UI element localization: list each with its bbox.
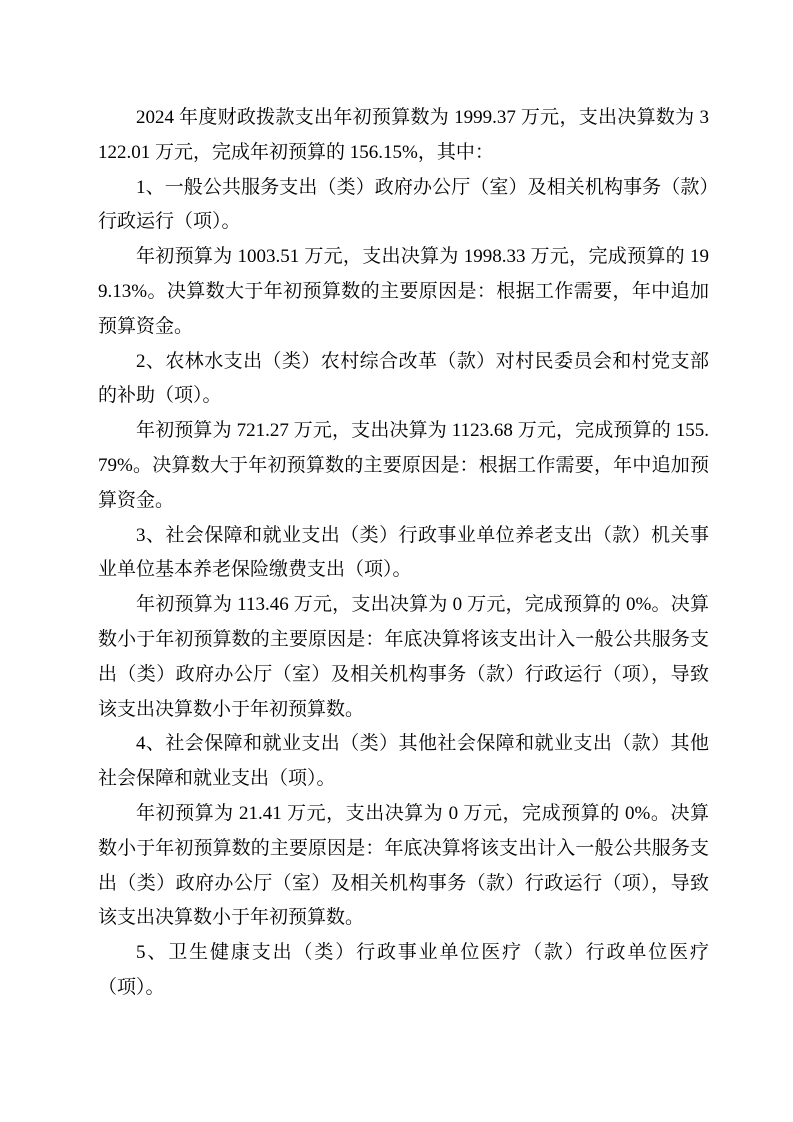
paragraph-item-4-detail: 年初预算为 21.41 万元，支出决算为 0 万元，完成预算的 0%。决算数小于… [98,797,709,936]
document-page: 2024 年度财政拨款支出年初预算数为 1999.37 万元，支出决算数为 31… [0,0,793,1122]
paragraph-item-4-title: 4、社会保障和就业支出（类）其他社会保障和就业支出（款）其他社会保障和就业支出（… [98,727,709,797]
document-body: 2024 年度财政拨款支出年初预算数为 1999.37 万元，支出决算数为 31… [98,101,709,1006]
paragraph-item-1-title: 1、一般公共服务支出（类）政府办公厅（室）及相关机构事务（款）行政运行（项）。 [98,171,709,241]
paragraph-item-1-detail: 年初预算为 1003.51 万元，支出决算为 1998.33 万元，完成预算的 … [98,240,709,344]
paragraph-item-3-detail: 年初预算为 113.46 万元，支出决算为 0 万元，完成预算的 0%。决算数小… [98,588,709,727]
paragraph-item-3-title: 3、社会保障和就业支出（类）行政事业单位养老支出（款）机关事业单位基本养老保险缴… [98,519,709,589]
paragraph-item-5-title: 5、卫生健康支出（类）行政事业单位医疗（款）行政单位医疗（项）。 [98,936,709,1006]
paragraph-item-2-detail: 年初预算为 721.27 万元，支出决算为 1123.68 万元，完成预算的 1… [98,414,709,518]
paragraph-item-2-title: 2、农林水支出（类）农村综合改革（款）对村民委员会和村党支部的补助（项）。 [98,345,709,415]
paragraph-summary: 2024 年度财政拨款支出年初预算数为 1999.37 万元，支出决算数为 31… [98,101,709,171]
